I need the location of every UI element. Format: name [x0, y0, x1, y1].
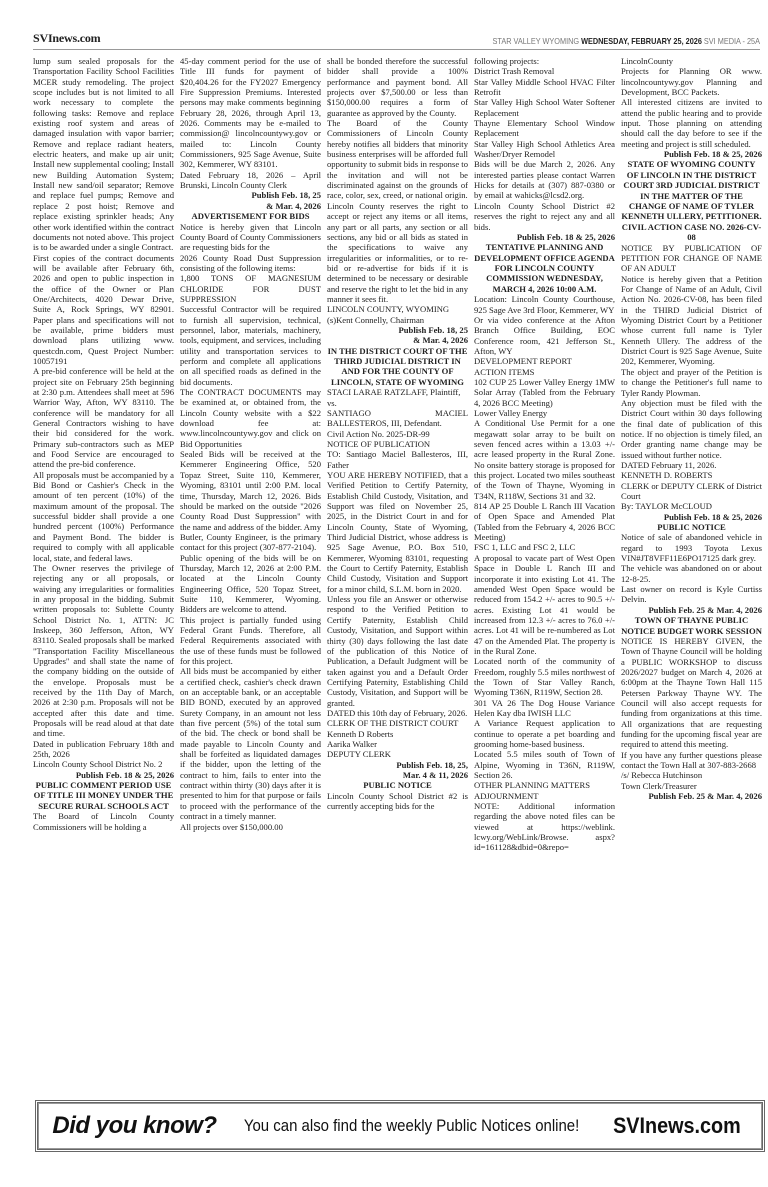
notice-text: (s)Kent Connelly, Chairman [327, 315, 468, 325]
notice-text: This project is partially funded using F… [180, 615, 321, 667]
notice-text: DEVELOPMENT REPORT [474, 356, 615, 366]
banner-site-link[interactable]: SVInews.com [613, 1113, 741, 1139]
notice-heading: PUBLIC NOTICE [621, 522, 762, 532]
notice-text: Lincoln County School District No. 2 [33, 759, 174, 769]
notice-text: vs. [327, 398, 468, 408]
notice-text: OTHER PLANNING MATTERS [474, 780, 615, 790]
notice-text: Aarika Walker [327, 739, 468, 749]
notice-text: District Trash Removal [474, 66, 615, 76]
notice-text: NOTICE OF PUBLICATION [327, 439, 468, 449]
notice-text: YOU ARE HEREBY NOTIFIED, that a Verified… [327, 470, 468, 594]
notice-text: Notice is hereby given that Lincoln Coun… [180, 222, 321, 253]
masthead: SVInews.com STAR VALLEY WYOMING WEDNESDA… [33, 30, 760, 50]
notice-heading: IN THE DISTRICT COURT OF THE THIRD JUDIC… [327, 346, 468, 388]
publish-line: Publish Feb. 18 & 25, 2026 [474, 232, 615, 242]
notice-text: Notice is hereby given that a Petition F… [621, 274, 762, 367]
notice-text: NOTE: Additional information regarding t… [474, 801, 615, 853]
column-1: lump sum sealed proposals for the Transp… [33, 56, 174, 1086]
publish-line: Publish Feb. 18, 25, [327, 760, 468, 770]
notice-text: All bids must be accompanied by either a… [180, 666, 321, 821]
notice-text: SANTIAGO MACIEL BALLESTEROS, III, Defend… [327, 408, 468, 429]
notice-text: FSC 1, LLC and FSC 2, LLC [474, 542, 615, 552]
notice-text: All interested citizens are invited to a… [621, 97, 762, 149]
notice-text: The Owner reserves the privilege of reje… [33, 563, 174, 739]
publish-line: Publish Feb. 18, 25 [327, 325, 468, 335]
notice-text: 1,800 TONS OF MAGNESIUM CHLORIDE FOR DUS… [180, 273, 321, 304]
publish-line: & Mar. 4, 2026 [180, 201, 321, 211]
notice-text: NOTICE BY PUBLICATION OF PETITION FOR CH… [621, 243, 762, 274]
notice-text: LINCOLN COUNTY, WYOMING [327, 304, 468, 314]
notice-text: The vehicle was abandoned on or about 12… [621, 563, 762, 584]
dateline: STAR VALLEY WYOMING WEDNESDAY, FEBRUARY … [493, 36, 760, 46]
notice-text: A Conditional Use Permit for a one megaw… [474, 418, 615, 501]
notice-text: Located north of the community of Freedo… [474, 656, 615, 697]
notice-text: 2026 County Road Dust Suppression consis… [180, 253, 321, 274]
notice-text: Lower Valley Energy [474, 408, 615, 418]
notice-text: By: TAYLOR McCLOUD [621, 501, 762, 511]
notice-text: Thayne Elementary School Window Replacem… [474, 118, 615, 139]
publish-line: Publish Feb. 25 & Mar. 4, 2026 [621, 791, 762, 801]
notice-text: Unless you file an Answer or otherwise r… [327, 594, 468, 708]
notice-heading: PUBLIC COMMENT PERIOD USE OF TITLE III M… [33, 780, 174, 811]
column-5: LincolnCounty Projects for Planning OR w… [621, 56, 762, 1086]
notice-text: Projects for Planning OR www. lincolncou… [621, 66, 762, 97]
notice-text: DATED February 11, 2026. [621, 460, 762, 470]
notice-text: Location: Lincoln County Courthouse, 925… [474, 294, 615, 315]
notices-columns: lump sum sealed proposals for the Transp… [33, 56, 763, 1086]
notice-text: CLERK OF THE DISTRICT COURT [327, 718, 468, 728]
notice-text: Town Clerk/Treasurer [621, 781, 762, 791]
notice-heading: PUBLIC NOTICE [327, 780, 468, 790]
notice-heading: ADVERTISEMENT FOR BIDS [180, 211, 321, 221]
notice-text: STACI LARAE RATZLAFF, Plaintiff, [327, 387, 468, 397]
publish-line: Mar. 4 & 11, 2026 [327, 770, 468, 780]
notice-text: CLERK or DEPUTY CLERK of District Court [621, 481, 762, 502]
notice-text: 45-day comment period for the use of Tit… [180, 56, 321, 170]
publish-line: & Mar. 4, 2026 [327, 335, 468, 345]
column-2: 45-day comment period for the use of Tit… [180, 56, 321, 1086]
notice-text: Or via video conference at the Afton Bra… [474, 315, 615, 356]
notice-text: The CONTRACT DOCUMENTS may be examined a… [180, 387, 321, 449]
publish-line: Publish Feb. 18, 25 [180, 190, 321, 200]
notice-text: Located 5.5 miles south of Town of Alpin… [474, 749, 615, 780]
notice-text: NOTICE IS HEREBY GIVEN, the Town of Thay… [621, 636, 762, 750]
publish-line: Publish Feb. 18 & 25, 2026 [621, 512, 762, 522]
notice-text: LincolnCounty [621, 56, 762, 66]
notice-text: A pre-bid conference will be held at the… [33, 366, 174, 469]
notice-text: All proposals must be accompanied by a B… [33, 470, 174, 563]
notice-text: Notice of sale of abandoned vehicle in r… [621, 532, 762, 563]
notice-text: following projects: [474, 56, 615, 66]
notice-text: 814 AP 25 Double L Ranch III Vacation of… [474, 501, 615, 542]
notice-text: The Board of Lincoln County Commissioner… [33, 811, 174, 832]
publish-line: Publish Feb. 18 & 25, 2026 [33, 770, 174, 780]
notice-text: DEPUTY CLERK [327, 749, 468, 759]
notice-text: If you have any further questions please… [621, 750, 762, 771]
dateline-page: SVI MEDIA - 25A [702, 36, 760, 46]
notice-text: Dated in publication February 18th and 2… [33, 739, 174, 760]
notice-text: lump sum sealed proposals for the Transp… [33, 56, 174, 253]
publish-line: Publish Feb. 18 & 25, 2026 [621, 149, 762, 159]
notice-text: A Variance Request application to contin… [474, 718, 615, 749]
site-name[interactable]: SVInews.com [33, 31, 100, 46]
notice-text: Successful Contractor will be required t… [180, 304, 321, 387]
notice-text: Bids will be due March 2, 2026. Any inte… [474, 159, 615, 200]
notice-text: 301 VA 26 The Dog House Variance Helen K… [474, 698, 615, 719]
column-3: shall be bonded therefore the successful… [327, 56, 468, 1086]
notice-text: The object and prayer of the Petition is… [621, 367, 762, 398]
notice-text: Lincoln County School District #2 is cur… [327, 791, 468, 812]
column-4: following projects: District Trash Remov… [474, 56, 615, 1086]
notice-text: A proposal to vacate part of West Open S… [474, 553, 615, 656]
notice-text: Public opening of the bids will be on Th… [180, 553, 321, 615]
notice-text: The Board of the County Commissioners of… [327, 118, 468, 201]
notice-text: Lincoln County reserves the right to acc… [327, 201, 468, 304]
notice-text: /s/ Rebecca Hutchinson [621, 770, 762, 780]
banner-question: Did you know? [52, 1112, 216, 1140]
notice-heading: STATE OF WYOMING COUNTY OF LINCOLN IN TH… [621, 159, 762, 242]
notice-text: Last owner on record is Kyle Curtiss Del… [621, 584, 762, 605]
notice-text: TO: Santiago Maciel Ballesteros, III, Fa… [327, 449, 468, 470]
notice-text: Civil Action No. 2025-DR-99 [327, 429, 468, 439]
notice-text: Lincoln County School District #2 reserv… [474, 201, 615, 232]
dateline-date: WEDNESDAY, FEBRUARY 25, 2026 [581, 36, 702, 46]
publish-line: Publish Feb. 25 & Mar. 4, 2026 [621, 605, 762, 615]
notice-text: First copies of the contract documents w… [33, 253, 174, 367]
notice-text: ADJOURNMENT [474, 791, 615, 801]
notice-heading: TOWN OF THAYNE PUBLIC NOTICE BUDGET WORK… [621, 615, 762, 636]
notice-text: Sealed Bids will be received at the Kemm… [180, 449, 321, 552]
notice-text: Star Valley Middle School HVAC Filter Re… [474, 77, 615, 98]
notice-text: Dated February 18, 2026 – April Brunski,… [180, 170, 321, 191]
notice-text: Any objection must be filed with the Dis… [621, 398, 762, 460]
did-you-know-banner: Did you know? You can also find the week… [35, 1100, 765, 1152]
notice-text: DATED this 10th day of February, 2026. [327, 708, 468, 718]
notice-text: KENNETH D. ROBERTS [621, 470, 762, 480]
notice-text: Star Valley High School Water Softener R… [474, 97, 615, 118]
notice-text: All projects over $150,000.00 [180, 822, 321, 832]
notice-heading: TENTATIVE PLANNING AND DEVELOPMENT OFFIC… [474, 242, 615, 294]
notice-text: 102 CUP 25 Lower Valley Energy 1MW Solar… [474, 377, 615, 408]
dateline-location: STAR VALLEY WYOMING [493, 36, 582, 46]
notice-text: Kenneth D Roberts [327, 729, 468, 739]
notice-text: shall be bonded therefore the successful… [327, 56, 468, 118]
notice-text: ACTION ITEMS [474, 367, 615, 377]
notice-text: Star Valley High School Athletics Area W… [474, 139, 615, 160]
banner-text: You can also find the weekly Public Noti… [243, 1116, 578, 1136]
